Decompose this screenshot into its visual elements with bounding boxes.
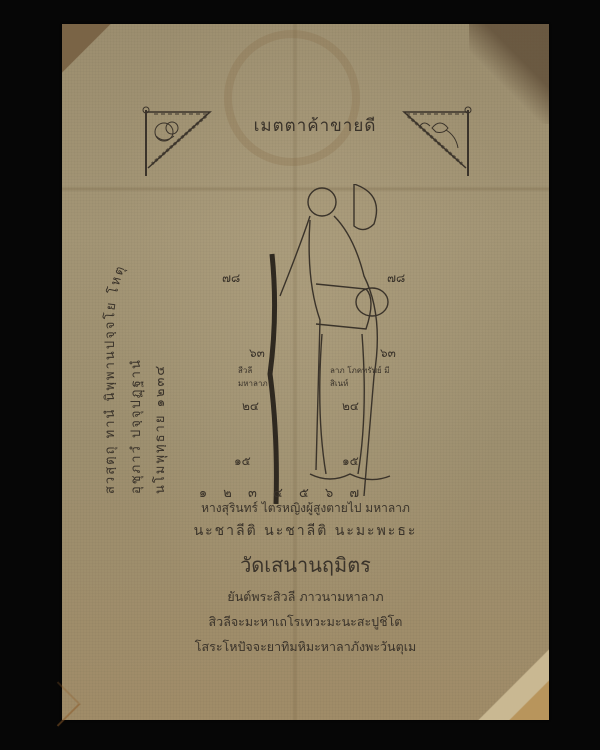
- num-foot-right: ๑๕: [342, 452, 359, 471]
- caption-line-2: สิวลีจะมะหาเถโรเทวะมะนะสะปูชิโต: [62, 612, 549, 632]
- footer-line-2: นะชาลีติ นะชาลีติ นะมะพะธะ: [62, 520, 549, 542]
- num-foot-left: ๑๕: [234, 452, 251, 471]
- arch-outer-text: สวสฺตฺถุ ทานํ นิพฺพานปจฺจโย โหตุ: [102, 263, 129, 494]
- stain-bottom-left: [36, 681, 81, 726]
- yantra-cloth: เมตตาค้าขายดี สวสฺตฺถุ ทานํ นิพฺพานปจฺจโ…: [62, 24, 549, 720]
- num-top-left: ๗๘: [222, 269, 240, 288]
- temple-name: วัดเสนานฤมิตร: [62, 549, 549, 581]
- num-low-left: ๒๔: [242, 397, 259, 416]
- label-left: สีวลี มหาลาภ: [238, 364, 268, 390]
- num-mid-right: ๖๓: [380, 344, 396, 363]
- num-mid-left: ๖๓: [249, 344, 265, 363]
- arch-inner-text: นโมพุทฺธาย ๑๒๓๔: [152, 364, 168, 494]
- caption-line-1: ยันต์พระสิวลี ภาวนามหาลาภ: [62, 587, 549, 607]
- num-low-right: ๒๔: [342, 397, 359, 416]
- num-top-right: ๗๘: [387, 269, 405, 288]
- label-right: ลาภ โภคทรัพย์ มีสิเนห์: [330, 364, 390, 390]
- caption-line-3: โสระโหปัจจะยาทิมหิมะหาลาภังพะวันตุเม: [62, 637, 549, 657]
- arch-middle-text: อุชุภาวํ ปจฺจุปฏฺฐานํ: [129, 358, 144, 494]
- footer-line-1: หางสุรินทร์ ไตรหญิงผู้สูงตายไป มหาลาภ: [62, 499, 549, 518]
- monk-figure-illustration: [262, 184, 482, 504]
